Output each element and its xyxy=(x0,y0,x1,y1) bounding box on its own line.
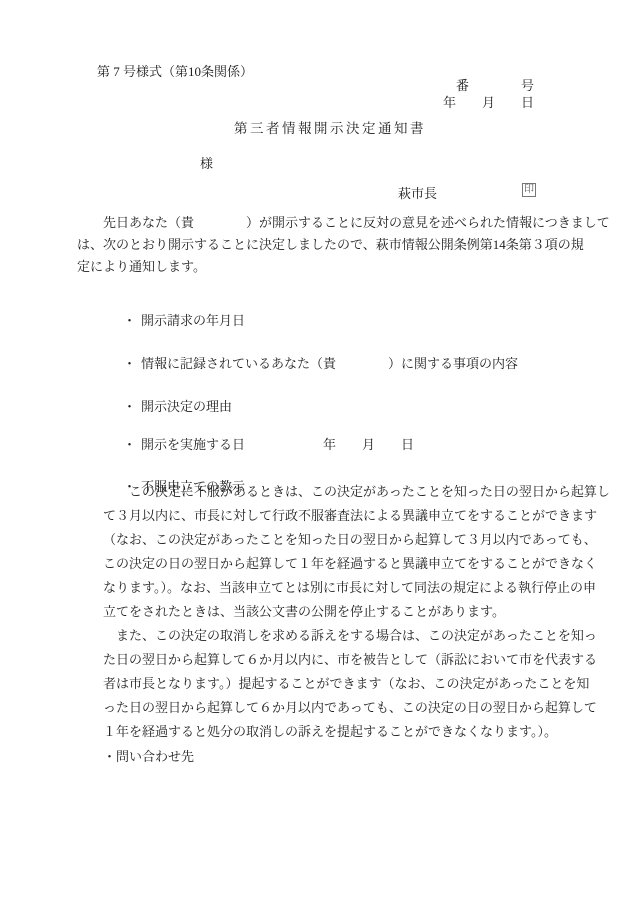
page-title: 第三者情報開示決定通知書 xyxy=(30,120,630,138)
contact-info-label: ・問い合わせ先 xyxy=(103,749,194,765)
document-page: 第 7 号様式（第10条関係） 番 号 年 月 日 第三者情報開示決定通知書 様… xyxy=(0,0,630,903)
list-item-recorded-info: ・情報に記録されているあなた（貴 ）に関する事項の内容 xyxy=(110,340,518,388)
document-date-line: 年 月 日 xyxy=(443,95,534,111)
appeal-instruction-paragraph: この決定に不服があるときは、この決定があったことを知った日の翌日から起算し て３… xyxy=(103,480,610,744)
bullet-icon: ・ xyxy=(123,356,141,372)
list-item-label: 開示を実施する日 年 月 日 xyxy=(141,437,414,452)
list-item-request-date: ・開示請求の年月日 xyxy=(110,297,245,345)
list-item-disclosure-date: ・開示を実施する日 年 月 日 xyxy=(110,421,414,469)
mayor-seal-icon: 印 xyxy=(522,183,536,197)
form-number: 第 7 号様式（第10条関係） xyxy=(97,64,253,80)
list-item-label: 開示決定の理由 xyxy=(141,399,232,414)
sender-mayor-name: 萩市長 xyxy=(398,183,437,202)
intro-paragraph: 先日あなた（貴 ）が開示することに反対の意見を述べられた情報につきまして は、次… xyxy=(77,212,610,278)
bullet-icon: ・ xyxy=(123,437,141,453)
bullet-icon: ・ xyxy=(123,313,141,329)
list-item-label: 情報に記録されているあなた（貴 ）に関する事項の内容 xyxy=(141,356,518,371)
addressee-sama: 様 xyxy=(200,153,213,172)
list-item-label: 開示請求の年月日 xyxy=(141,313,245,328)
bullet-icon: ・ xyxy=(123,399,141,415)
document-number-line: 番 号 xyxy=(456,78,534,94)
